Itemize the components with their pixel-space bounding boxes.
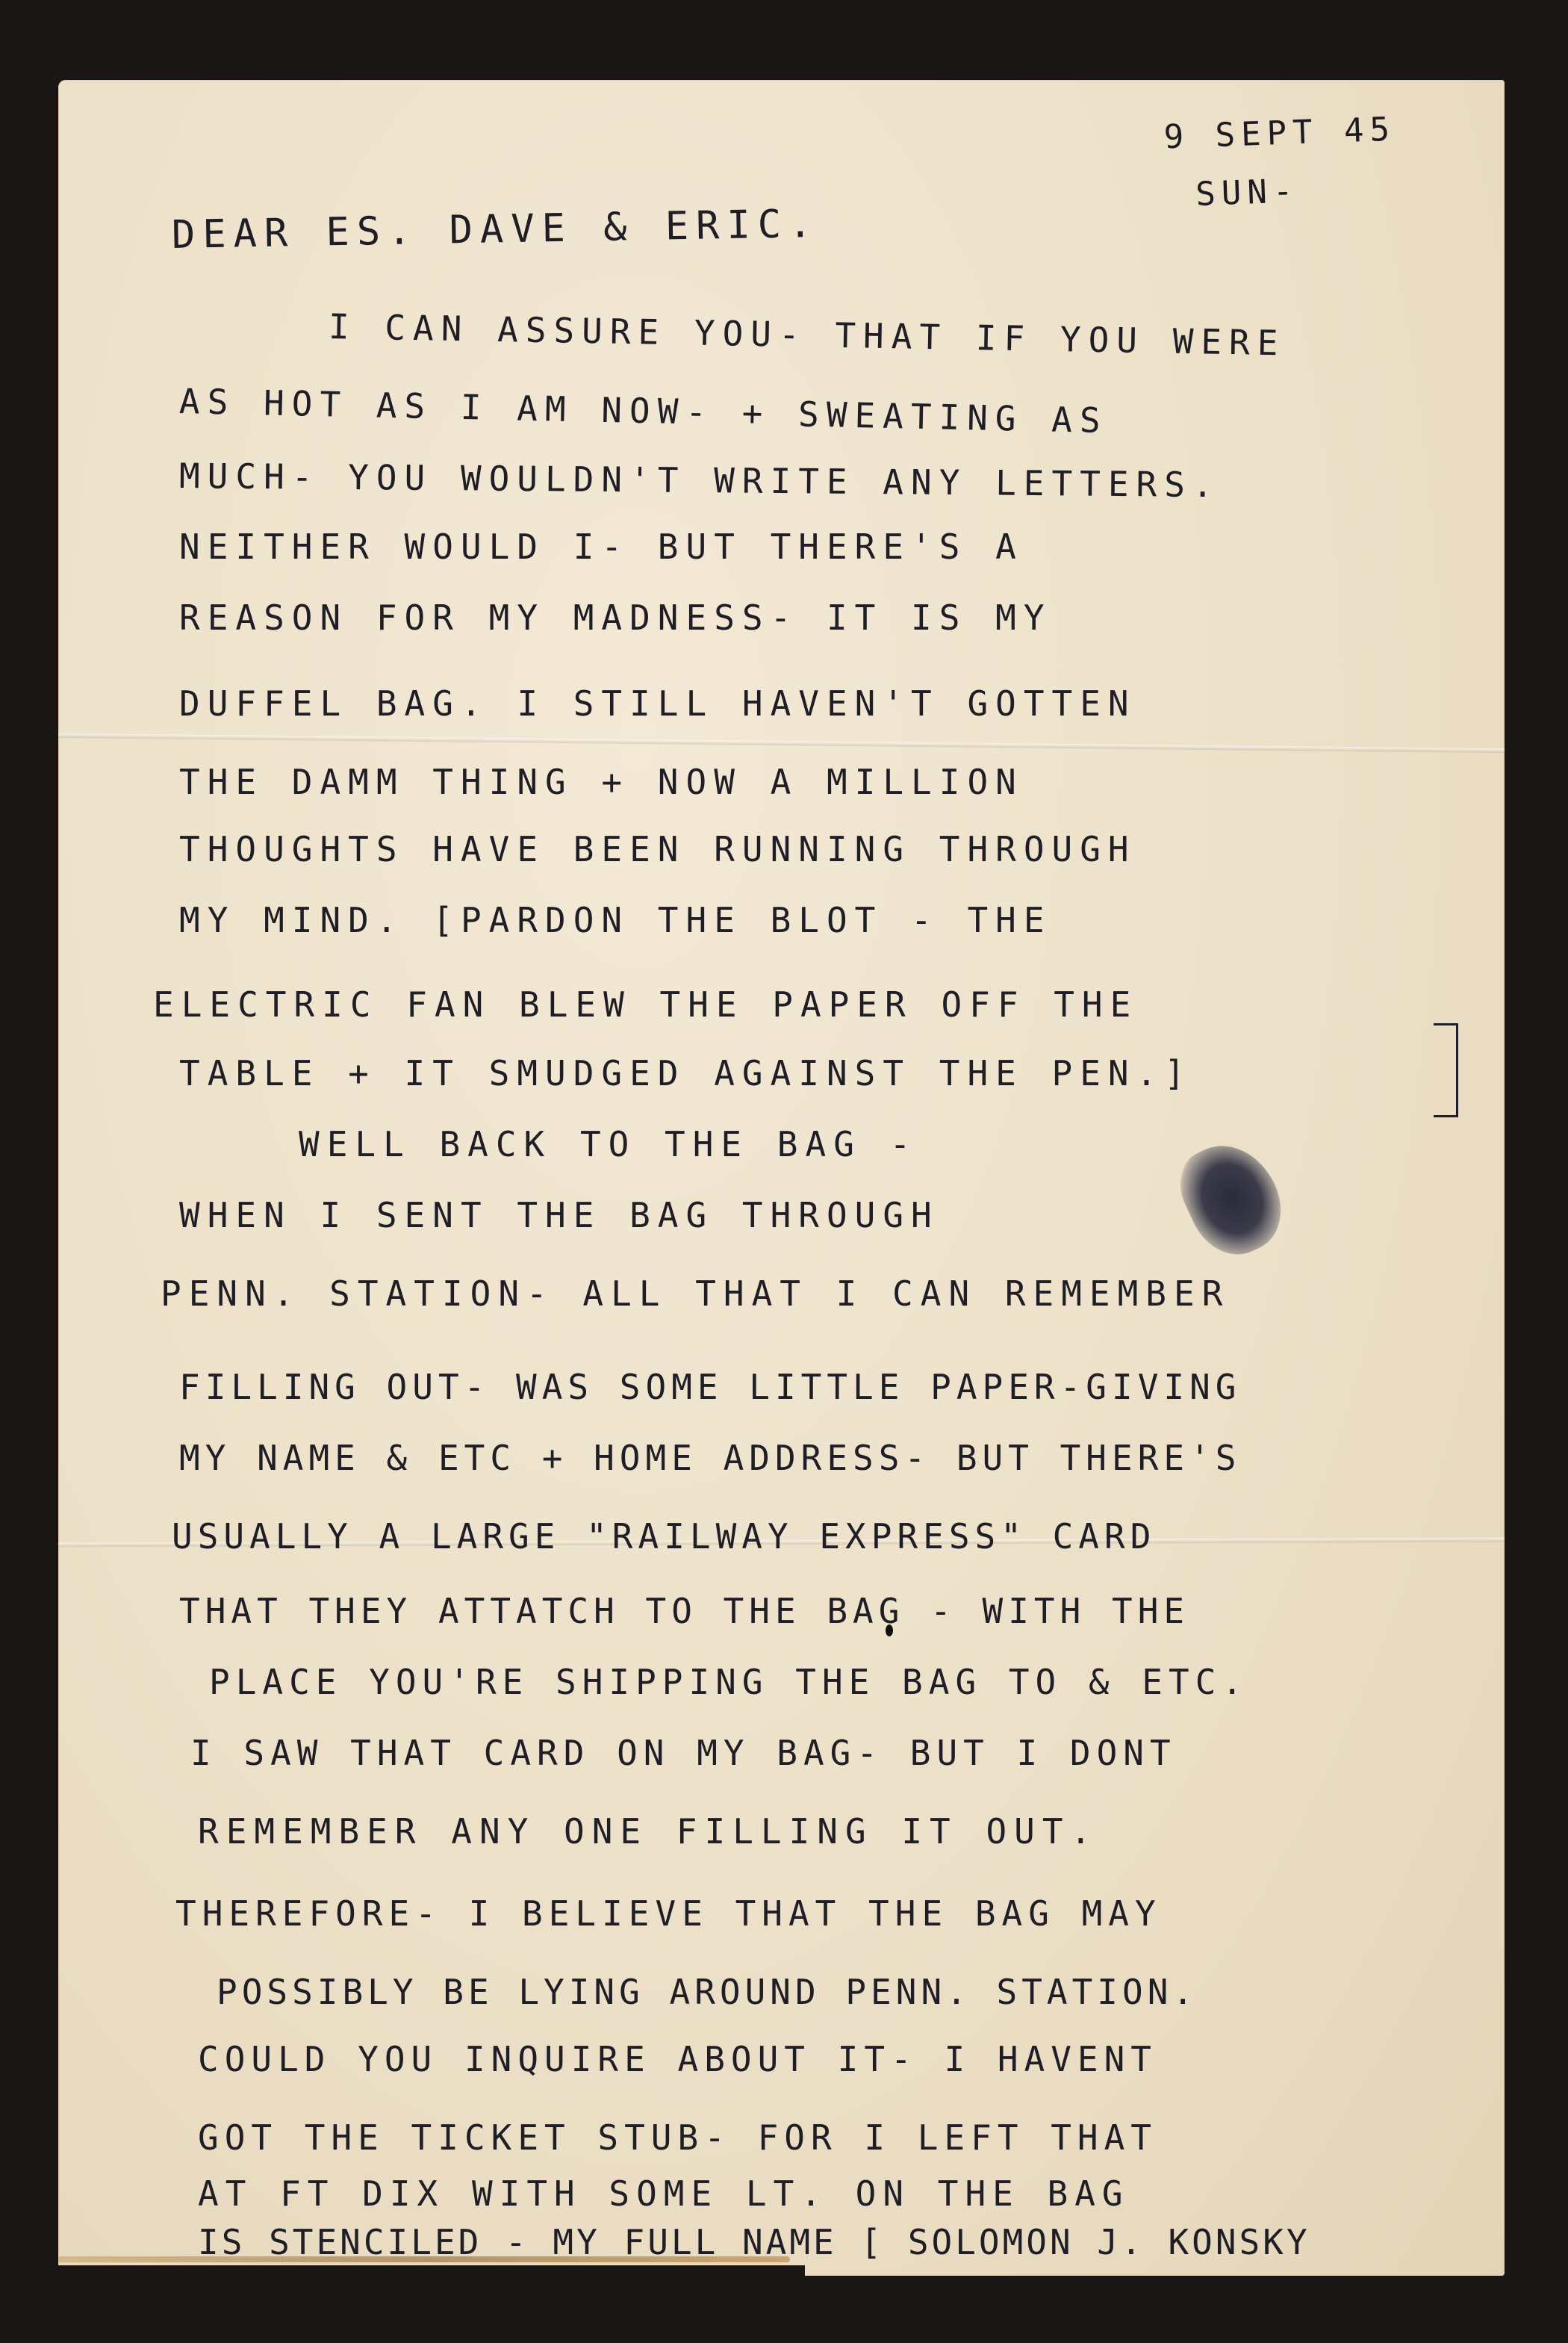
letter-line: ELECTRIC FAN BLEW THE PAPER OFF THE	[153, 984, 1138, 1025]
letter-line: THEREFORE- I BELIEVE THAT THE BAG MAY	[175, 1893, 1162, 1934]
letter-line: PENN. STATION- ALL THAT I CAN REMEMBER	[161, 1273, 1230, 1314]
letter-line: REMEMBER ANY ONE FILLING IT OUT.	[198, 1811, 1098, 1852]
letter-line: TABLE + IT SMUDGED AGAINST THE PEN.]	[179, 1053, 1192, 1093]
letter-line: THOUGHTS HAVE BEEN RUNNING THROUGH	[179, 829, 1136, 869]
letter-line: AT FT DIX WITH SOME LT. ON THE BAG	[198, 2173, 1130, 2214]
letter-line: GOT THE TICKET STUB- FOR I LEFT THAT	[198, 2117, 1157, 2158]
letter-line: MY NAME & ETC + HOME ADDRESS- BUT THERE'…	[179, 1438, 1241, 1478]
letter-line: COULD YOU INQUIRE ABOUT IT- I HAVENT	[198, 2039, 1157, 2079]
letter-line: WHEN I SENT THE BAG THROUGH	[179, 1195, 939, 1235]
letter-line: FILLING OUT- WAS SOME LITTLE PAPER-GIVIN…	[179, 1367, 1241, 1407]
date-line: 9 SEPT 45	[1163, 101, 1396, 167]
torn-edge	[58, 2265, 805, 2276]
letter-line: USUALLY A LARGE "RAILWAY EXPRESS" CARD	[172, 1516, 1156, 1557]
letter-line: MY MIND. [PARDON THE BLOT - THE	[179, 900, 1052, 940]
letter-line: POSSIBLY BE LYING AROUND PENN. STATION.	[217, 1972, 1198, 2012]
letter-line: REASON FOR MY MADNESS- IT IS MY	[179, 598, 1052, 638]
letter-line: PLACE YOU'RE SHIPPING THE BAG TO & ETC.	[209, 1662, 1248, 1702]
letter-line: WELL BACK TO THE BAG -	[299, 1124, 918, 1164]
letter-line: THAT THEY ATTATCH TO THE BAG - WITH THE	[179, 1591, 1189, 1631]
letter-line: THE DAMM THING + NOW A MILLION	[179, 762, 1024, 802]
paper-hole	[886, 1624, 893, 1636]
letter-line: DUFFEL BAG. I STILL HAVEN'T GOTTEN	[179, 683, 1136, 724]
letter-line: I SAW THAT CARD ON MY BAG- BUT I DONT	[190, 1733, 1177, 1773]
day-line: SUN-	[1195, 159, 1399, 224]
letter-line: NEITHER WOULD I- BUT THERE'S A	[179, 527, 1024, 567]
letter-line: IS STENCILED - MY FULL NAME [ SOLOMON J.…	[198, 2222, 1310, 2262]
paper-fold-crease	[58, 733, 1505, 753]
letter-date: 9 SEPT 45 SUN-	[1163, 101, 1399, 226]
aside-close-bracket	[1434, 1023, 1458, 1117]
